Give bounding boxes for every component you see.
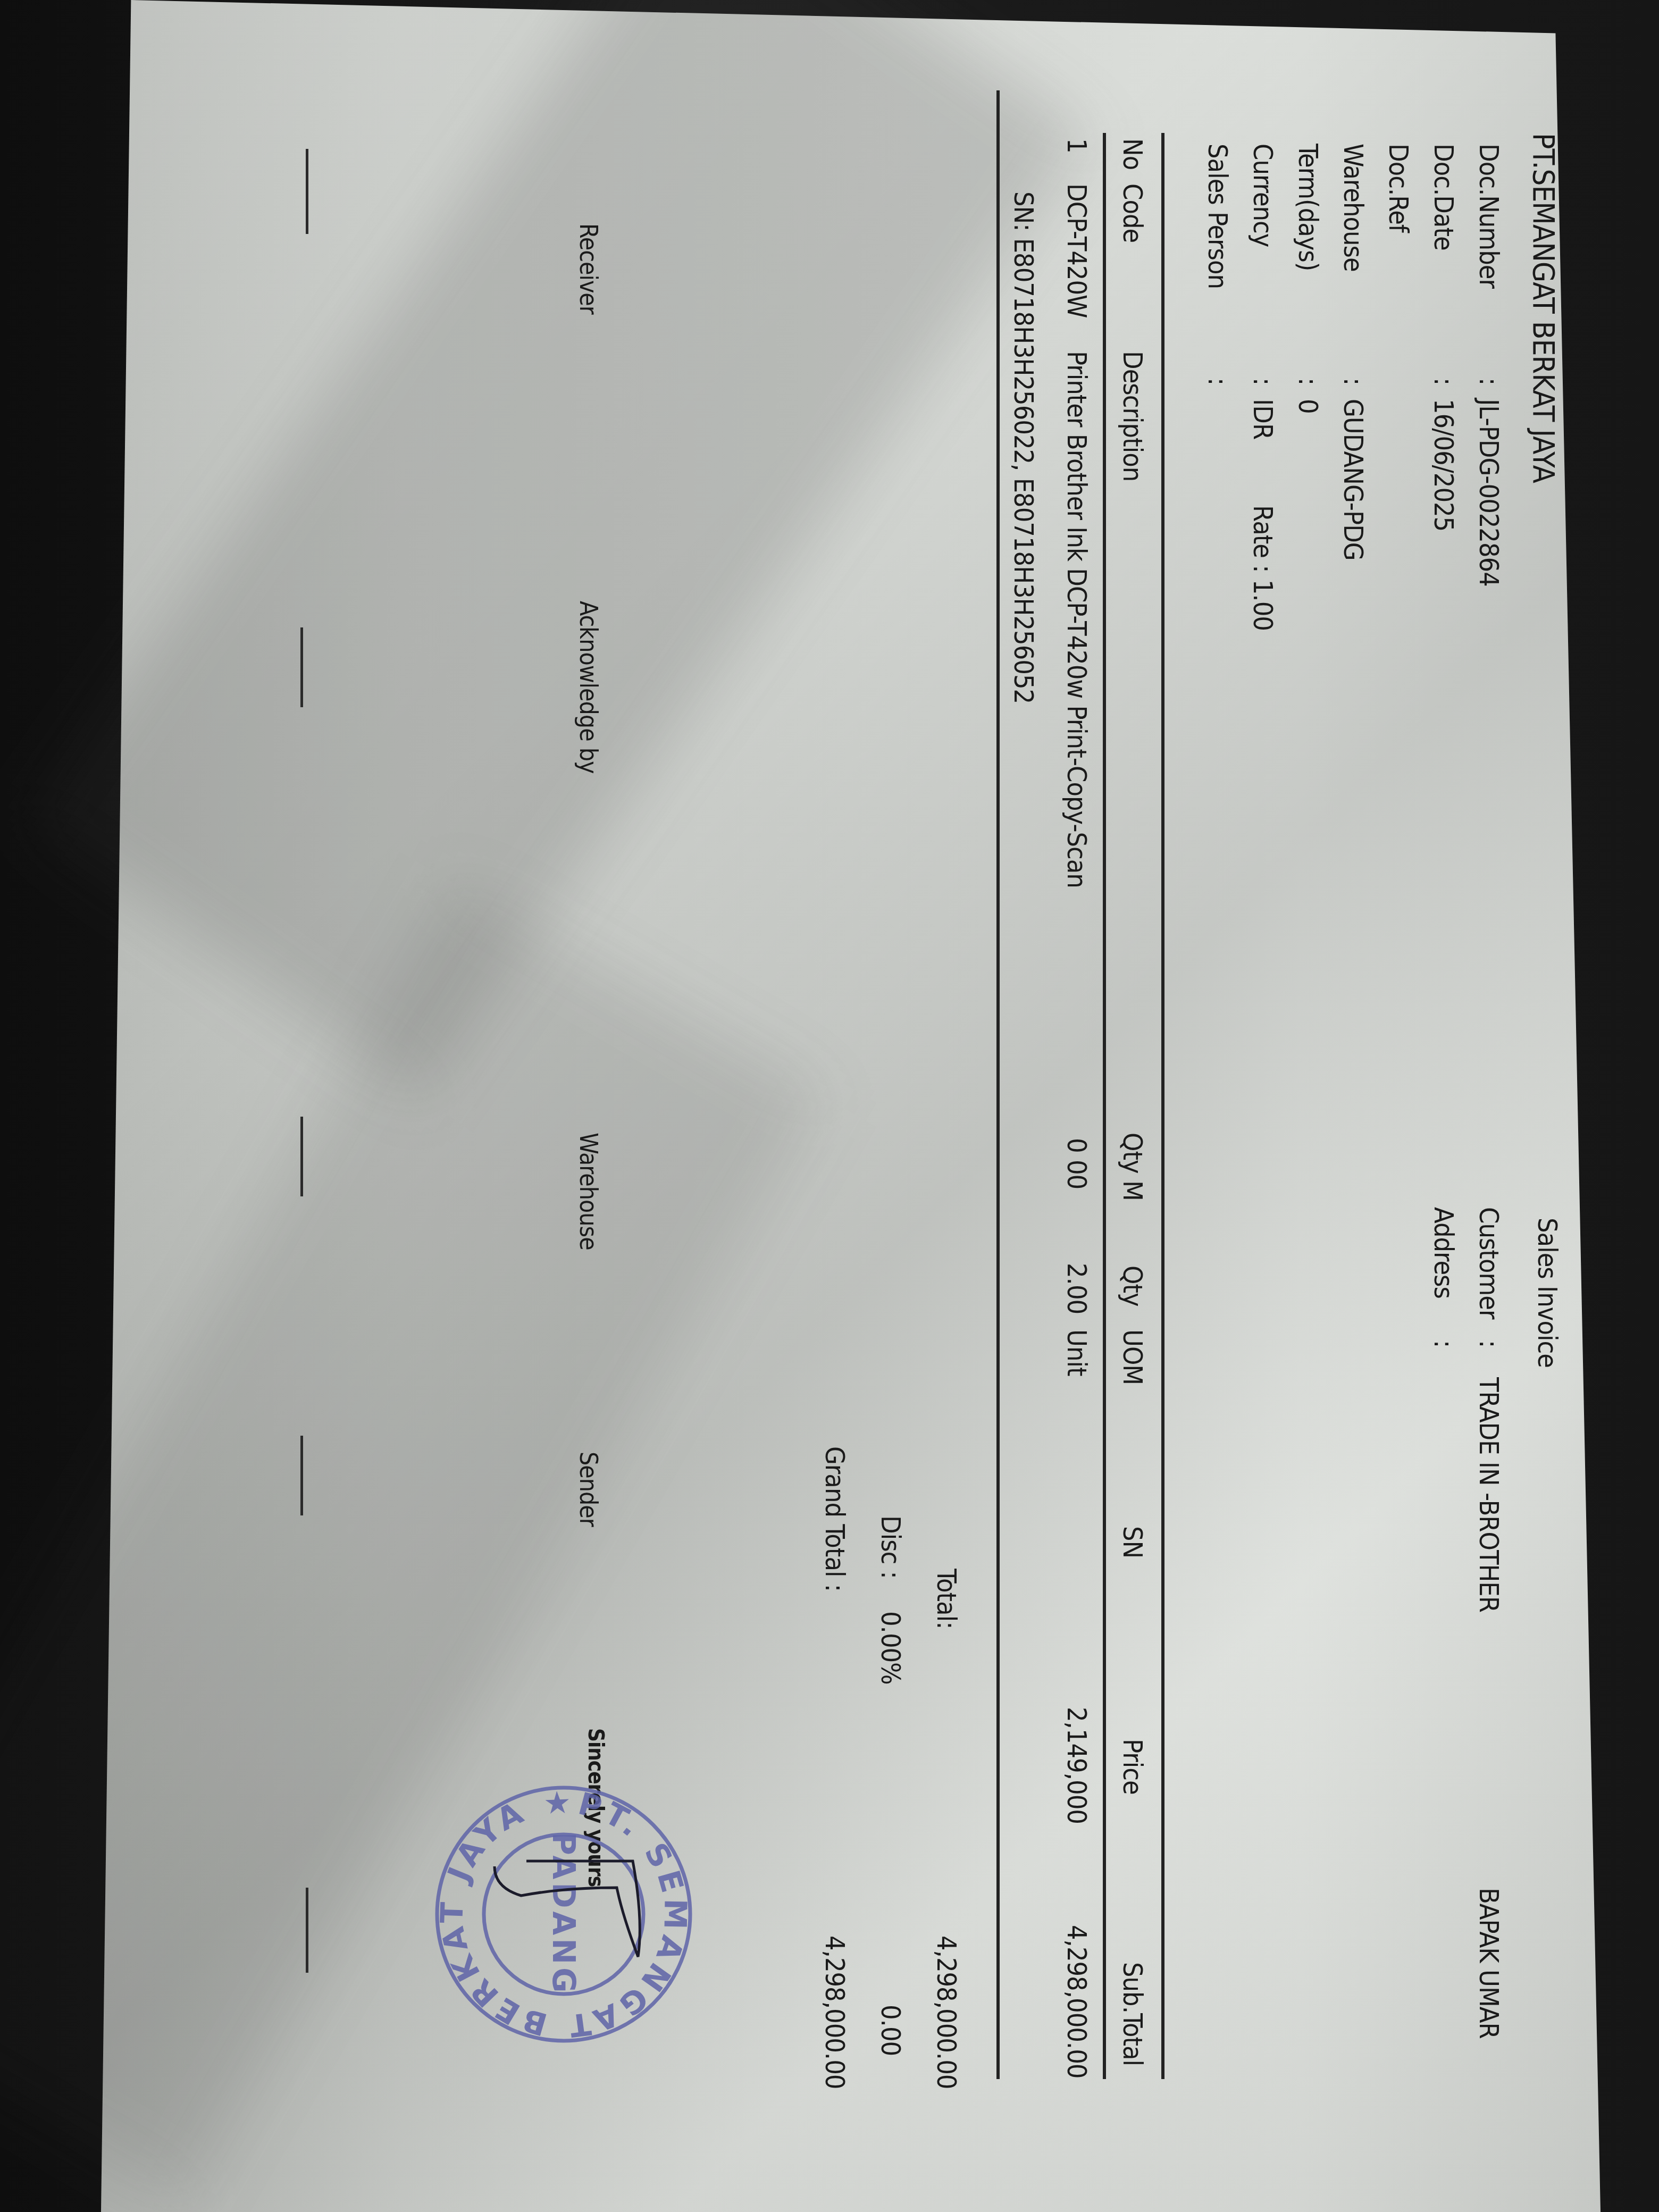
customer-label: Customer bbox=[1476, 1207, 1502, 1319]
table-top-rule bbox=[1161, 133, 1164, 2079]
col-sn: SN bbox=[1119, 1526, 1146, 1558]
doc-number-label: Doc.Number bbox=[1476, 144, 1502, 288]
col-uom: UOM bbox=[1119, 1329, 1146, 1385]
disc-label: Disc : bbox=[877, 1515, 904, 1579]
invoice-page: PT.SEMANGAT BERKAT JAYA Sales Invoice Do… bbox=[160, 133, 1595, 2100]
row-qty-m: 0 00 bbox=[1063, 1138, 1090, 1189]
doc-ref-label: Doc.Ref bbox=[1385, 144, 1412, 232]
currency-value: IDR bbox=[1250, 399, 1276, 439]
doc-number-sep: : bbox=[1476, 378, 1502, 385]
total-label: Total: bbox=[933, 1569, 960, 1629]
disc-value: 0.00 bbox=[877, 2005, 904, 2056]
currency-sep: : bbox=[1250, 378, 1276, 385]
col-price: Price bbox=[1119, 1739, 1146, 1795]
total-value: 4,298,000.00 bbox=[933, 1935, 960, 2089]
term-label: Term(days) bbox=[1295, 144, 1321, 271]
warehouse-value: GUDANG-PDG bbox=[1340, 399, 1367, 560]
doc-number-value: JL-PDG-0022864 bbox=[1476, 399, 1502, 586]
row-subtotal: 4,298,000.00 bbox=[1063, 1925, 1090, 2078]
row-code: DCP-T420W bbox=[1063, 183, 1090, 318]
row-uom: Unit bbox=[1063, 1329, 1090, 1376]
signature-line-sincerely bbox=[306, 1888, 308, 1973]
warehouse-sep: : bbox=[1340, 378, 1367, 385]
grand-total-value: 4,298,000.00 bbox=[822, 1935, 848, 2089]
signature-label-sender: Sender bbox=[576, 1452, 601, 1527]
col-subtotal: Sub.Total bbox=[1119, 1962, 1146, 2066]
row-qty: 2.00 bbox=[1063, 1263, 1090, 1314]
currency-label: Currency bbox=[1250, 144, 1276, 247]
rate-value: Rate : 1.00 bbox=[1250, 505, 1276, 631]
doc-date-value: 16/06/2025 bbox=[1430, 399, 1457, 531]
sales-person-sep: : bbox=[1204, 378, 1231, 385]
term-value: 0 bbox=[1295, 399, 1321, 414]
row-price: 2,149,000 bbox=[1063, 1707, 1090, 1824]
signature-line-warehouse bbox=[300, 1117, 303, 1196]
doc-date-label: Doc.Date bbox=[1430, 144, 1457, 250]
address-sep: : bbox=[1430, 1340, 1457, 1347]
col-description: Description bbox=[1119, 351, 1146, 481]
photo-background: PT.SEMANGAT BERKAT JAYA Sales Invoice Do… bbox=[0, 0, 1659, 2212]
company-stamp: PT. SEMANGAT BERKAT JAYA ★ PADANG bbox=[431, 1781, 697, 2047]
signature-line-acknowledge bbox=[300, 627, 303, 707]
disc-percent: 0.00% bbox=[877, 1611, 904, 1685]
col-no: No bbox=[1119, 138, 1146, 170]
signature-line-sender bbox=[300, 1436, 303, 1515]
signature-label-warehouse: Warehouse bbox=[576, 1133, 601, 1250]
warehouse-label: Warehouse bbox=[1340, 144, 1367, 272]
row-serials: SN: E80718H3H256022, E80718H3H256052 bbox=[1010, 191, 1037, 703]
address-label: Address bbox=[1430, 1207, 1457, 1298]
col-code: Code bbox=[1119, 183, 1146, 242]
doc-date-sep: : bbox=[1430, 378, 1457, 385]
sales-person-label: Sales Person bbox=[1204, 144, 1231, 289]
row-no: 1 bbox=[1063, 138, 1090, 153]
col-qty: Qty bbox=[1119, 1266, 1146, 1306]
row-description: Printer Brother Ink DCP-T420w Print-Copy… bbox=[1063, 351, 1090, 888]
signature-label-acknowledge: Acknowledge by bbox=[576, 601, 601, 774]
table-header-rule bbox=[1103, 133, 1106, 2079]
term-sep: : bbox=[1295, 378, 1321, 385]
signature-line-receiver bbox=[306, 149, 308, 234]
customer-value: TRADE IN -BROTHER bbox=[1476, 1377, 1502, 1612]
customer-extra: BAPAK UMAR bbox=[1476, 1888, 1502, 2039]
grand-total-label: Grand Total : bbox=[822, 1446, 848, 1591]
signature-label-receiver: Receiver bbox=[576, 223, 601, 314]
table-bottom-rule bbox=[996, 90, 1000, 2079]
document-title: Sales Invoice bbox=[1534, 1218, 1561, 1368]
customer-sep: : bbox=[1476, 1340, 1502, 1347]
col-qty-m: Qty M bbox=[1119, 1133, 1146, 1201]
company-name: PT.SEMANGAT BERKAT JAYA bbox=[1528, 133, 1558, 483]
stamp-center-text: PADANG bbox=[546, 1832, 582, 1996]
